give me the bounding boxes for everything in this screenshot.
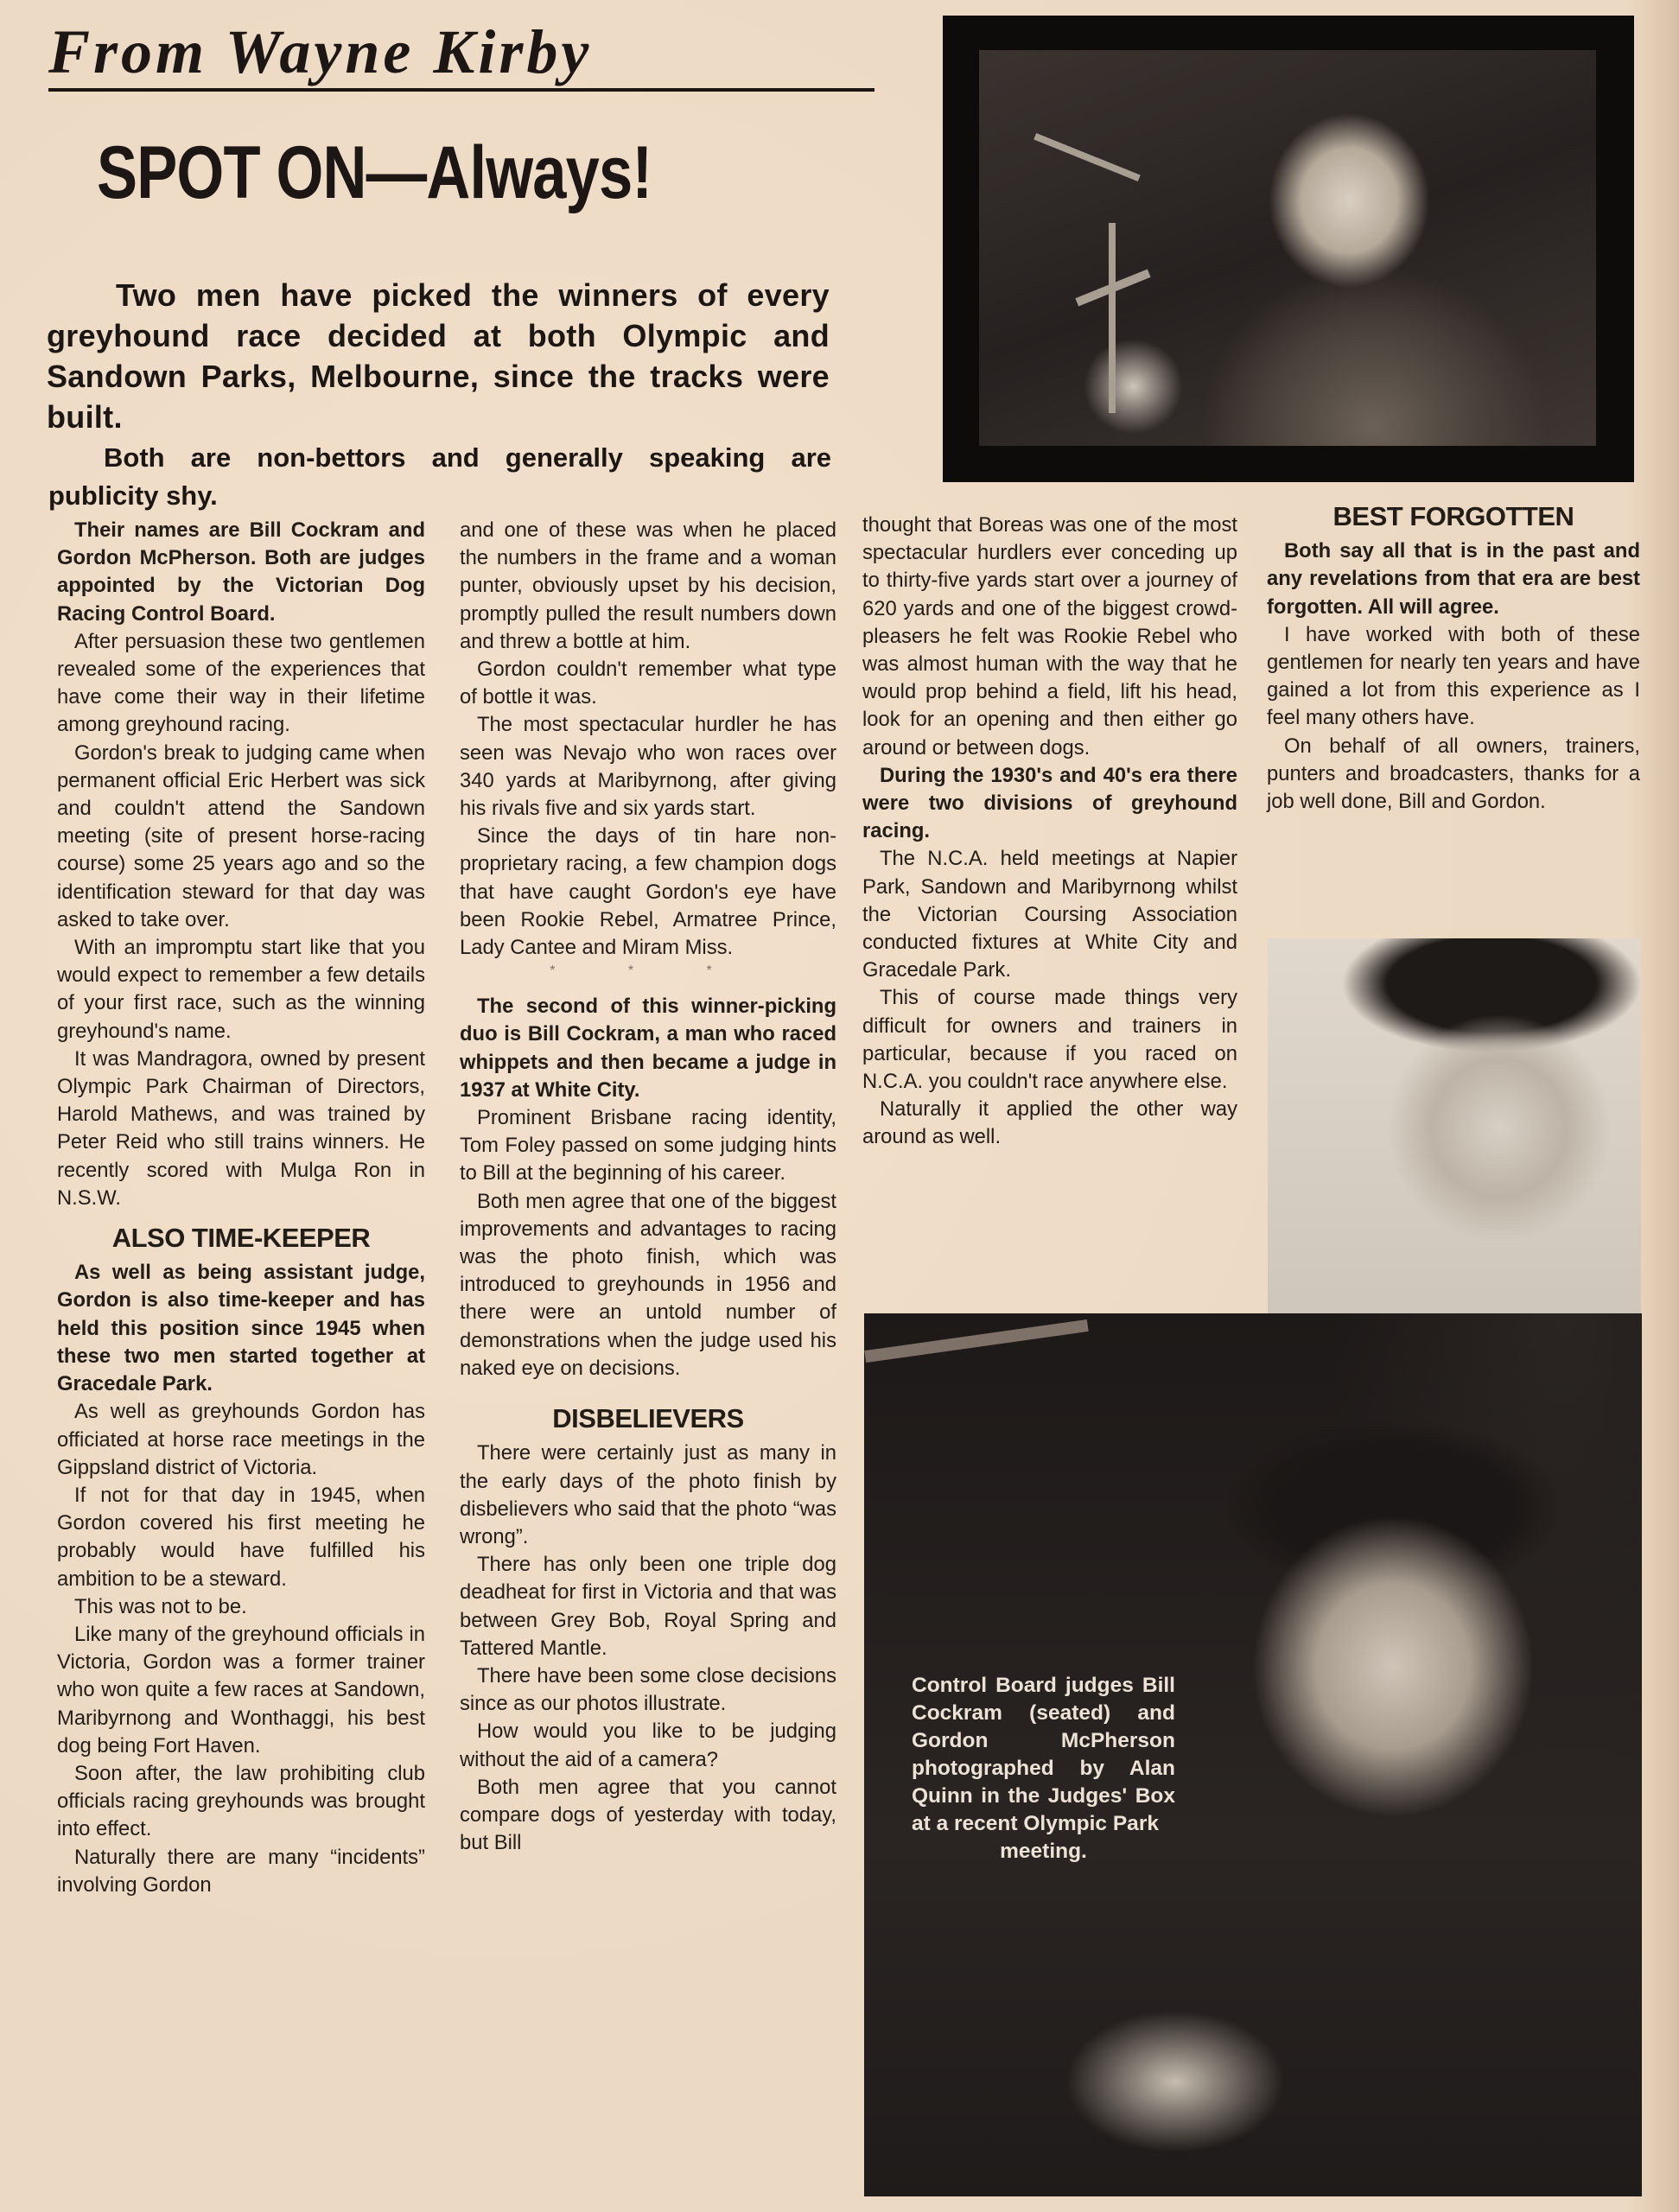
paragraph: This of course made things very difficul… [862, 984, 1237, 1096]
photo-caption: Control Board judges Bill Cockram (seate… [912, 1672, 1175, 1866]
paragraph: The N.C.A. held meetings at Napier Park,… [862, 845, 1237, 984]
paragraph: There has only been one triple dog deadh… [460, 1551, 836, 1662]
paragraph: After persuasion these two gentlemen rev… [57, 628, 425, 740]
subheading-disbelievers: DISBELIEVERS [460, 1405, 836, 1433]
photo-image [979, 50, 1596, 446]
paragraph: Gordon couldn't remember what type of bo… [460, 656, 836, 711]
paragraph: If not for that day in 1945, when Gordon… [57, 1482, 425, 1593]
paragraph: This was not to be. [57, 1593, 425, 1621]
photo-detail [864, 1319, 1088, 1363]
paragraph: There were certainly just as many in the… [460, 1440, 836, 1551]
standfirst-text: Two men have picked the winners of every… [47, 275, 830, 437]
paragraph: Since the days of tin hare non-proprieta… [460, 823, 836, 962]
article-column-3: thought that Boreas was one of the most … [862, 512, 1237, 1152]
paragraph: It was Mandragora, owned by present Olym… [57, 1046, 425, 1212]
paragraph: Naturally it applied the other way aroun… [862, 1096, 1237, 1151]
paragraph: There have been some close decisions sin… [460, 1662, 836, 1718]
standfirst-secondary: Both are non-bettors and generally speak… [48, 439, 831, 515]
paragraph: With an impromptu start like that you wo… [57, 934, 425, 1046]
headline: SPOT ON—Always! [97, 130, 652, 216]
paragraph: Like many of the greyhound officials in … [57, 1621, 425, 1760]
paragraph: As well as being assistant judge, Gordon… [57, 1259, 425, 1398]
paragraph: Naturally there are many “incidents” inv… [57, 1844, 425, 1899]
paragraph: Both say all that is in the past and any… [1267, 537, 1640, 621]
standfirst-secondary-text: Both are non-bettors and generally speak… [48, 439, 831, 515]
paragraph: Their names are Bill Cockram and Gordon … [57, 517, 425, 628]
paragraph: During the 1930's and 40's era there wer… [862, 762, 1237, 846]
article-column-1: Their names are Bill Cockram and Gordon … [57, 517, 425, 1899]
paragraph: As well as greyhounds Gordon has officia… [57, 1398, 425, 1482]
paragraph: and one of these was when he placed the … [460, 517, 836, 656]
paragraph: On behalf of all owners, trainers, punte… [1267, 733, 1640, 817]
standfirst: Two men have picked the winners of every… [47, 275, 830, 437]
paragraph: thought that Boreas was one of the most … [862, 512, 1237, 762]
photo-camera-operator [943, 16, 1634, 482]
paragraph: How would you like to be judging without… [460, 1718, 836, 1773]
paragraph: The second of this winner-picking duo is… [460, 993, 836, 1104]
paragraph: Gordon's break to judging came when perm… [57, 740, 425, 934]
photo-caption-end: meeting. [912, 1838, 1175, 1866]
byline: From Wayne Kirby [48, 16, 874, 92]
section-separator: * * * [460, 962, 836, 981]
article-column-2: and one of these was when he placed the … [460, 517, 836, 1857]
paragraph: Both men agree that one of the biggest i… [460, 1188, 836, 1382]
subheading-best-forgotten: BEST FORGOTTEN [1267, 503, 1640, 531]
paragraph: The most spectacular hurdler he has seen… [460, 711, 836, 823]
photo-caption-text: Control Board judges Bill Cockram (seate… [912, 1674, 1175, 1835]
article-column-4: BEST FORGOTTEN Both say all that is in t… [1267, 503, 1640, 816]
paragraph: Both men agree that you cannot compare d… [460, 1774, 836, 1858]
paragraph: I have worked with both of these gentlem… [1267, 621, 1640, 733]
paragraph: Prominent Brisbane racing identity, Tom … [460, 1104, 836, 1188]
subheading-also-time-keeper: ALSO TIME-KEEPER [57, 1224, 425, 1252]
paragraph: Soon after, the law prohibiting club off… [57, 1760, 425, 1844]
photo-judges-upper [1268, 938, 1641, 1319]
